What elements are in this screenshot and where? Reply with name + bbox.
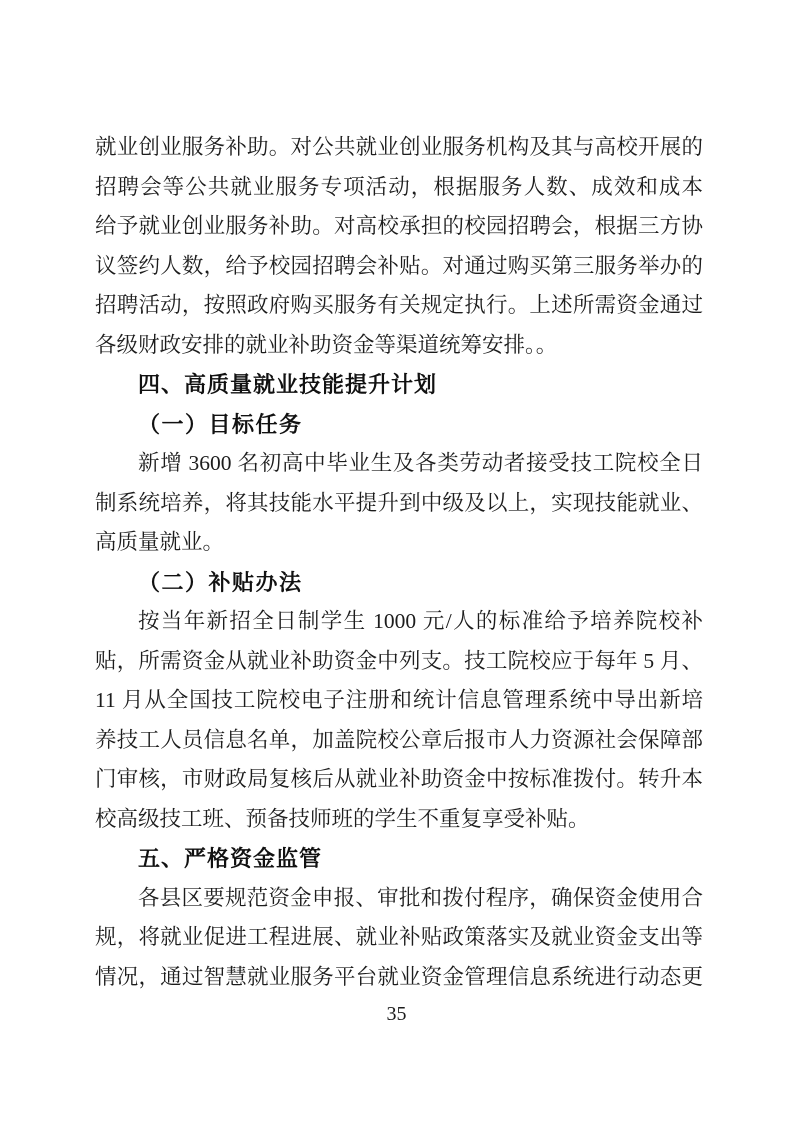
text-line: 情况，通过智慧就业服务平台就业资金管理信息系统进行动态更 bbox=[95, 958, 703, 998]
text-line: 招聘活动，按照政府购买服务有关规定执行。上述所需资金通过 bbox=[95, 286, 703, 326]
text-line: 各县区要规范资金申报、审批和拨付程序，确保资金使用合 bbox=[95, 879, 703, 919]
text-line: 按当年新招全日制学生 1000 元/人的标准给予培养院校补 bbox=[95, 602, 703, 642]
document-body: 就业创业服务补助。对公共就业创业服务机构及其与高校开展的 招聘会等公共就业服务专… bbox=[95, 128, 703, 997]
page-number: 35 bbox=[0, 1003, 793, 1026]
text-line: 校高级技工班、预备技师班的学生不重复享受补贴。 bbox=[95, 800, 703, 840]
document-page: 就业创业服务补助。对公共就业创业服务机构及其与高校开展的 招聘会等公共就业服务专… bbox=[0, 0, 793, 1122]
subsection-heading-4-1: （一）目标任务 bbox=[95, 405, 703, 445]
text-line: 各级财政安排的就业补助资金等渠道统筹安排。。 bbox=[95, 326, 703, 366]
text-line: 11 月从全国技工院校电子注册和统计信息管理系统中导出新培 bbox=[95, 681, 703, 721]
text-line: 议签约人数，给予校园招聘会补贴。对通过购买第三服务举办的 bbox=[95, 247, 703, 287]
text-line: 贴，所需资金从就业补助资金中列支。技工院校应于每年 5 月、 bbox=[95, 642, 703, 682]
text-line: 招聘会等公共就业服务专项活动，根据服务人数、成效和成本等， bbox=[95, 168, 703, 208]
text-line: 新增 3600 名初高中毕业生及各类劳动者接受技工院校全日 bbox=[95, 444, 703, 484]
section-heading-5: 五、严格资金监管 bbox=[95, 839, 703, 879]
text-line: 就业创业服务补助。对公共就业创业服务机构及其与高校开展的 bbox=[95, 128, 703, 168]
text-line: 给予就业创业服务补助。对高校承担的校园招聘会，根据三方协 bbox=[95, 207, 703, 247]
subsection-heading-4-2: （二）补贴办法 bbox=[95, 563, 703, 603]
text-line: 养技工人员信息名单，加盖院校公章后报市人力资源社会保障部 bbox=[95, 721, 703, 761]
text-line: 制系统培养，将其技能水平提升到中级及以上，实现技能就业、 bbox=[95, 484, 703, 524]
text-line: 高质量就业。 bbox=[95, 523, 703, 563]
text-line: 门审核，市财政局复核后从就业补助资金中按标准拨付。转升本 bbox=[95, 760, 703, 800]
section-heading-4: 四、高质量就业技能提升计划 bbox=[95, 365, 703, 405]
text-line: 规，将就业促进工程进展、就业补贴政策落实及就业资金支出等 bbox=[95, 918, 703, 958]
